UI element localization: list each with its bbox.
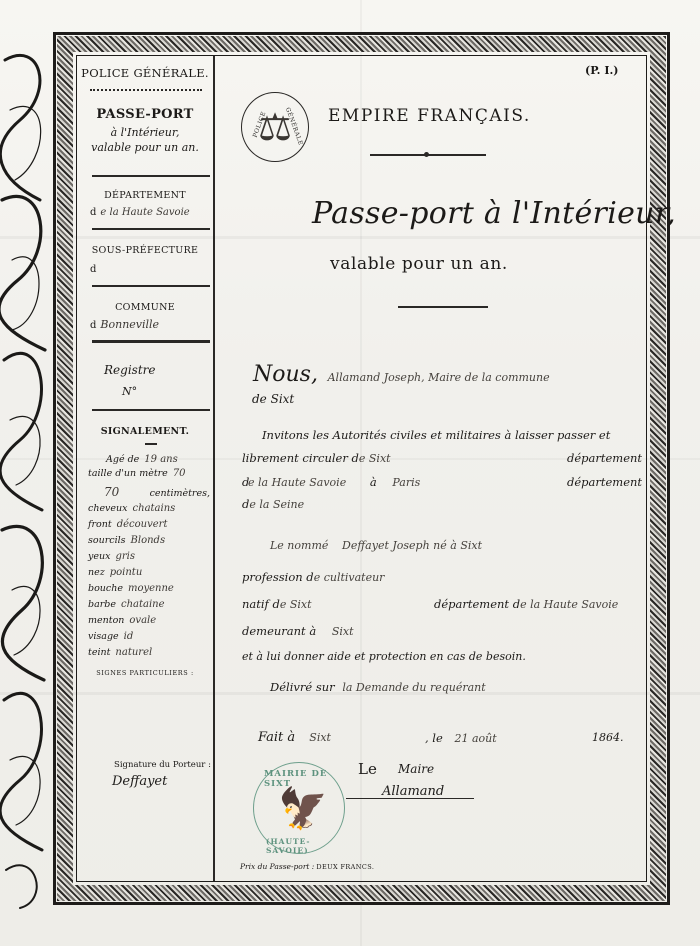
nous-commune-value: de Sixt <box>252 392 294 406</box>
departement-label-1: département <box>567 451 642 465</box>
le-nomme-label: Le nommé <box>270 539 328 552</box>
demeurant-label: demeurant à <box>242 624 316 638</box>
le-nomme-line: Le nommé Deffayet Joseph né à Sixt <box>270 538 482 552</box>
calligraphy-flourish-strip <box>0 30 56 910</box>
passport-subtitle: valable pour un an. <box>330 254 508 274</box>
nous-line: Nous, Allamand Joseph, Maire de la commu… <box>253 362 550 387</box>
to-departement-value: e la Seine <box>249 498 304 511</box>
police-generale-seal: ⚖ POLICE GÉNÉRALE <box>241 92 309 162</box>
sous-prefecture-prefix: d <box>90 264 96 275</box>
to-place-value: Paris <box>392 476 420 489</box>
commune-field: d Bonneville <box>90 318 159 331</box>
prix-label: Prix du Passe-port : <box>240 862 314 871</box>
barbe-label: barbe <box>88 599 116 610</box>
fait-a-line: Fait à Sixt <box>258 730 331 745</box>
yeux-value: gris <box>115 551 135 562</box>
signalement-heading: SIGNALEMENT. <box>78 426 212 437</box>
sous-prefecture-label: SOUS-PRÉFECTURE <box>78 245 212 256</box>
profession-value: e cultivateur <box>314 571 385 584</box>
registre-label: Registre <box>104 363 155 377</box>
departement-label-2: département <box>567 475 642 489</box>
signalement-bouche: bouche moyenne <box>88 583 174 594</box>
natif-departement-value: e la Haute Savoie <box>520 598 618 611</box>
front-label: front <box>88 519 112 530</box>
natif-label: natif d <box>242 597 280 611</box>
signalement-yeux: yeux gris <box>88 551 135 562</box>
ornamental-rule <box>370 154 486 156</box>
menton-label: menton <box>88 615 124 626</box>
divider <box>92 409 210 411</box>
signalement-menton: menton ovale <box>88 615 156 626</box>
centimetres-value: 70 <box>104 485 119 499</box>
demeurant-line: demeurant à Sixt <box>242 624 354 638</box>
signalement-age: Agé de 19 ans <box>106 454 178 465</box>
stamp-top-text: MAIRIE DE SIXT <box>264 769 344 789</box>
signes-particuliers-label: SIGNES PARTICULIERS : <box>78 669 212 677</box>
le-maire-label: Le <box>358 760 377 778</box>
prix-value: DEUX FRANCS. <box>316 863 374 871</box>
profession-label: profession d <box>242 570 314 584</box>
natif-departement-label: département d <box>434 597 520 611</box>
registre-number-label: N° <box>122 385 137 398</box>
visage-label: visage <box>88 631 119 642</box>
passport-title: Passe-port à l'Intérieur, <box>312 196 676 231</box>
signalement-visage: visage id <box>88 631 133 642</box>
departement-prefix: d <box>90 207 96 218</box>
date-group: , le 21 août <box>425 731 497 745</box>
stamp-bottom-text: (HAUTE-SAVOIE) <box>266 837 344 855</box>
column-divider <box>213 56 215 881</box>
prix-line: Prix du Passe-port :DEUX FRANCS. <box>240 862 374 871</box>
d-prefix: d <box>242 475 249 489</box>
signalement-cheveux: cheveux chatains <box>88 503 175 514</box>
front-value: découvert <box>117 519 168 530</box>
police-generale-heading: POLICE GÉNÉRALE. <box>78 66 212 80</box>
circuler-from-value: e Sixt <box>359 452 391 465</box>
year-value: 1864. <box>592 731 624 744</box>
a-label: à <box>370 475 377 489</box>
nez-value: pointu <box>110 567 143 578</box>
date-value: 21 août <box>454 732 496 745</box>
signalement-barbe: barbe chataine <box>88 599 165 610</box>
signalement-sourcils: sourcils Blonds <box>88 535 165 546</box>
porteur-signature: Deffayet <box>112 774 167 789</box>
signalement-front: front découvert <box>88 519 167 530</box>
a-l-interieur-label: à l'Intérieur, <box>78 126 212 139</box>
commune-prefix: d <box>90 320 96 331</box>
maire-signature: Allamand <box>382 784 444 799</box>
signature-underline <box>346 798 474 799</box>
cheveux-value: chatains <box>133 503 176 514</box>
signalement-centimetres: 70 centimètres, <box>104 485 210 499</box>
commune-value: Bonneville <box>100 318 159 331</box>
empire-francais-heading: EMPIRE FRANÇAIS. <box>328 106 531 126</box>
aide-protection-line: et à lui donner aide et protection en ca… <box>242 650 526 663</box>
natif-departement: département de la Haute Savoie <box>434 597 618 611</box>
teint-value: naturel <box>115 647 152 658</box>
passe-port-heading: PASSE-PORT <box>78 107 212 122</box>
centimetres-label: centimètres, <box>150 488 210 499</box>
signalement-taille: taille d'un mètre 70 <box>88 468 186 479</box>
sourcils-value: Blonds <box>131 535 166 546</box>
divider <box>92 175 210 177</box>
sous-prefecture-field: d <box>90 264 100 275</box>
calligraphy-flourish-icon <box>0 30 56 910</box>
visage-value: id <box>124 631 134 642</box>
mairie-de-sixt-stamp: 🦅 MAIRIE DE SIXT (HAUTE-SAVOIE) <box>253 762 345 854</box>
teint-label: teint <box>88 647 110 658</box>
destination-line: e la Haute Savoie à Paris <box>242 475 420 489</box>
delivre-value: la Demande du requérant <box>342 681 485 694</box>
departement-label: DÉPARTEMENT <box>78 190 212 201</box>
natif-value: e Sixt <box>280 598 312 611</box>
fait-label: Fait à <box>258 730 295 745</box>
yeux-label: yeux <box>88 551 110 562</box>
delivre-label: Délivré sur <box>270 680 335 694</box>
departement-field: d e la Haute Savoie <box>90 207 190 218</box>
sourcils-label: sourcils <box>88 535 126 546</box>
commune-label: COMMUNE <box>78 302 212 313</box>
natif-line: natif de Sixt <box>242 597 312 611</box>
age-label: Agé de <box>106 454 139 465</box>
passport-paper: POLICE GÉNÉRALE. PASSE-PORT à l'Intérieu… <box>0 0 700 946</box>
divider <box>92 340 210 343</box>
divider <box>92 285 210 287</box>
bouche-value: moyenne <box>128 583 174 594</box>
taille-label: taille d'un mètre <box>88 468 168 479</box>
age-value: 19 ans <box>144 454 177 465</box>
bouche-label: bouche <box>88 583 123 594</box>
imperial-eagle-icon: 🦅 <box>278 785 328 832</box>
valable-label: valable pour un an. <box>78 141 212 154</box>
cheveux-label: cheveux <box>88 503 128 514</box>
subtitle-rule <box>398 306 488 308</box>
dotted-divider <box>90 89 202 91</box>
menton-value: ovale <box>129 615 156 626</box>
taille-value: 70 <box>173 468 186 479</box>
demeurant-value: Sixt <box>332 625 354 638</box>
nous-label: Nous, <box>253 362 318 387</box>
departement-value: e la Haute Savoie <box>100 207 189 218</box>
maire-title-value: Maire <box>398 762 434 776</box>
nez-label: nez <box>88 567 105 578</box>
form-code: (P. I.) <box>585 64 619 77</box>
signalement-nez: nez pointu <box>88 567 142 578</box>
circuler-line: librement circuler de Sixt <box>242 451 391 465</box>
barbe-value: chataine <box>121 599 165 610</box>
signalement-teint: teint naturel <box>88 647 152 658</box>
maire-name-value: Allamand Joseph, Maire de la commune <box>328 371 550 384</box>
from-departement-value: e la Haute Savoie <box>248 476 346 489</box>
divider <box>92 228 210 230</box>
le-nomme-value: Deffayet Joseph né à Sixt <box>342 539 482 552</box>
to-departement-line: de la Seine <box>242 497 304 511</box>
profession-line: profession de cultivateur <box>242 570 384 584</box>
circuler-label: librement circuler d <box>242 451 359 465</box>
signature-porteur-label: Signature du Porteur : <box>114 760 211 770</box>
invitons-line: Invitons les Autorités civiles et milita… <box>262 428 610 442</box>
delivre-line: Délivré sur la Demande du requérant <box>270 680 486 694</box>
short-divider <box>145 443 157 445</box>
le-label: , le <box>425 731 443 745</box>
fait-place-value: Sixt <box>309 731 331 744</box>
